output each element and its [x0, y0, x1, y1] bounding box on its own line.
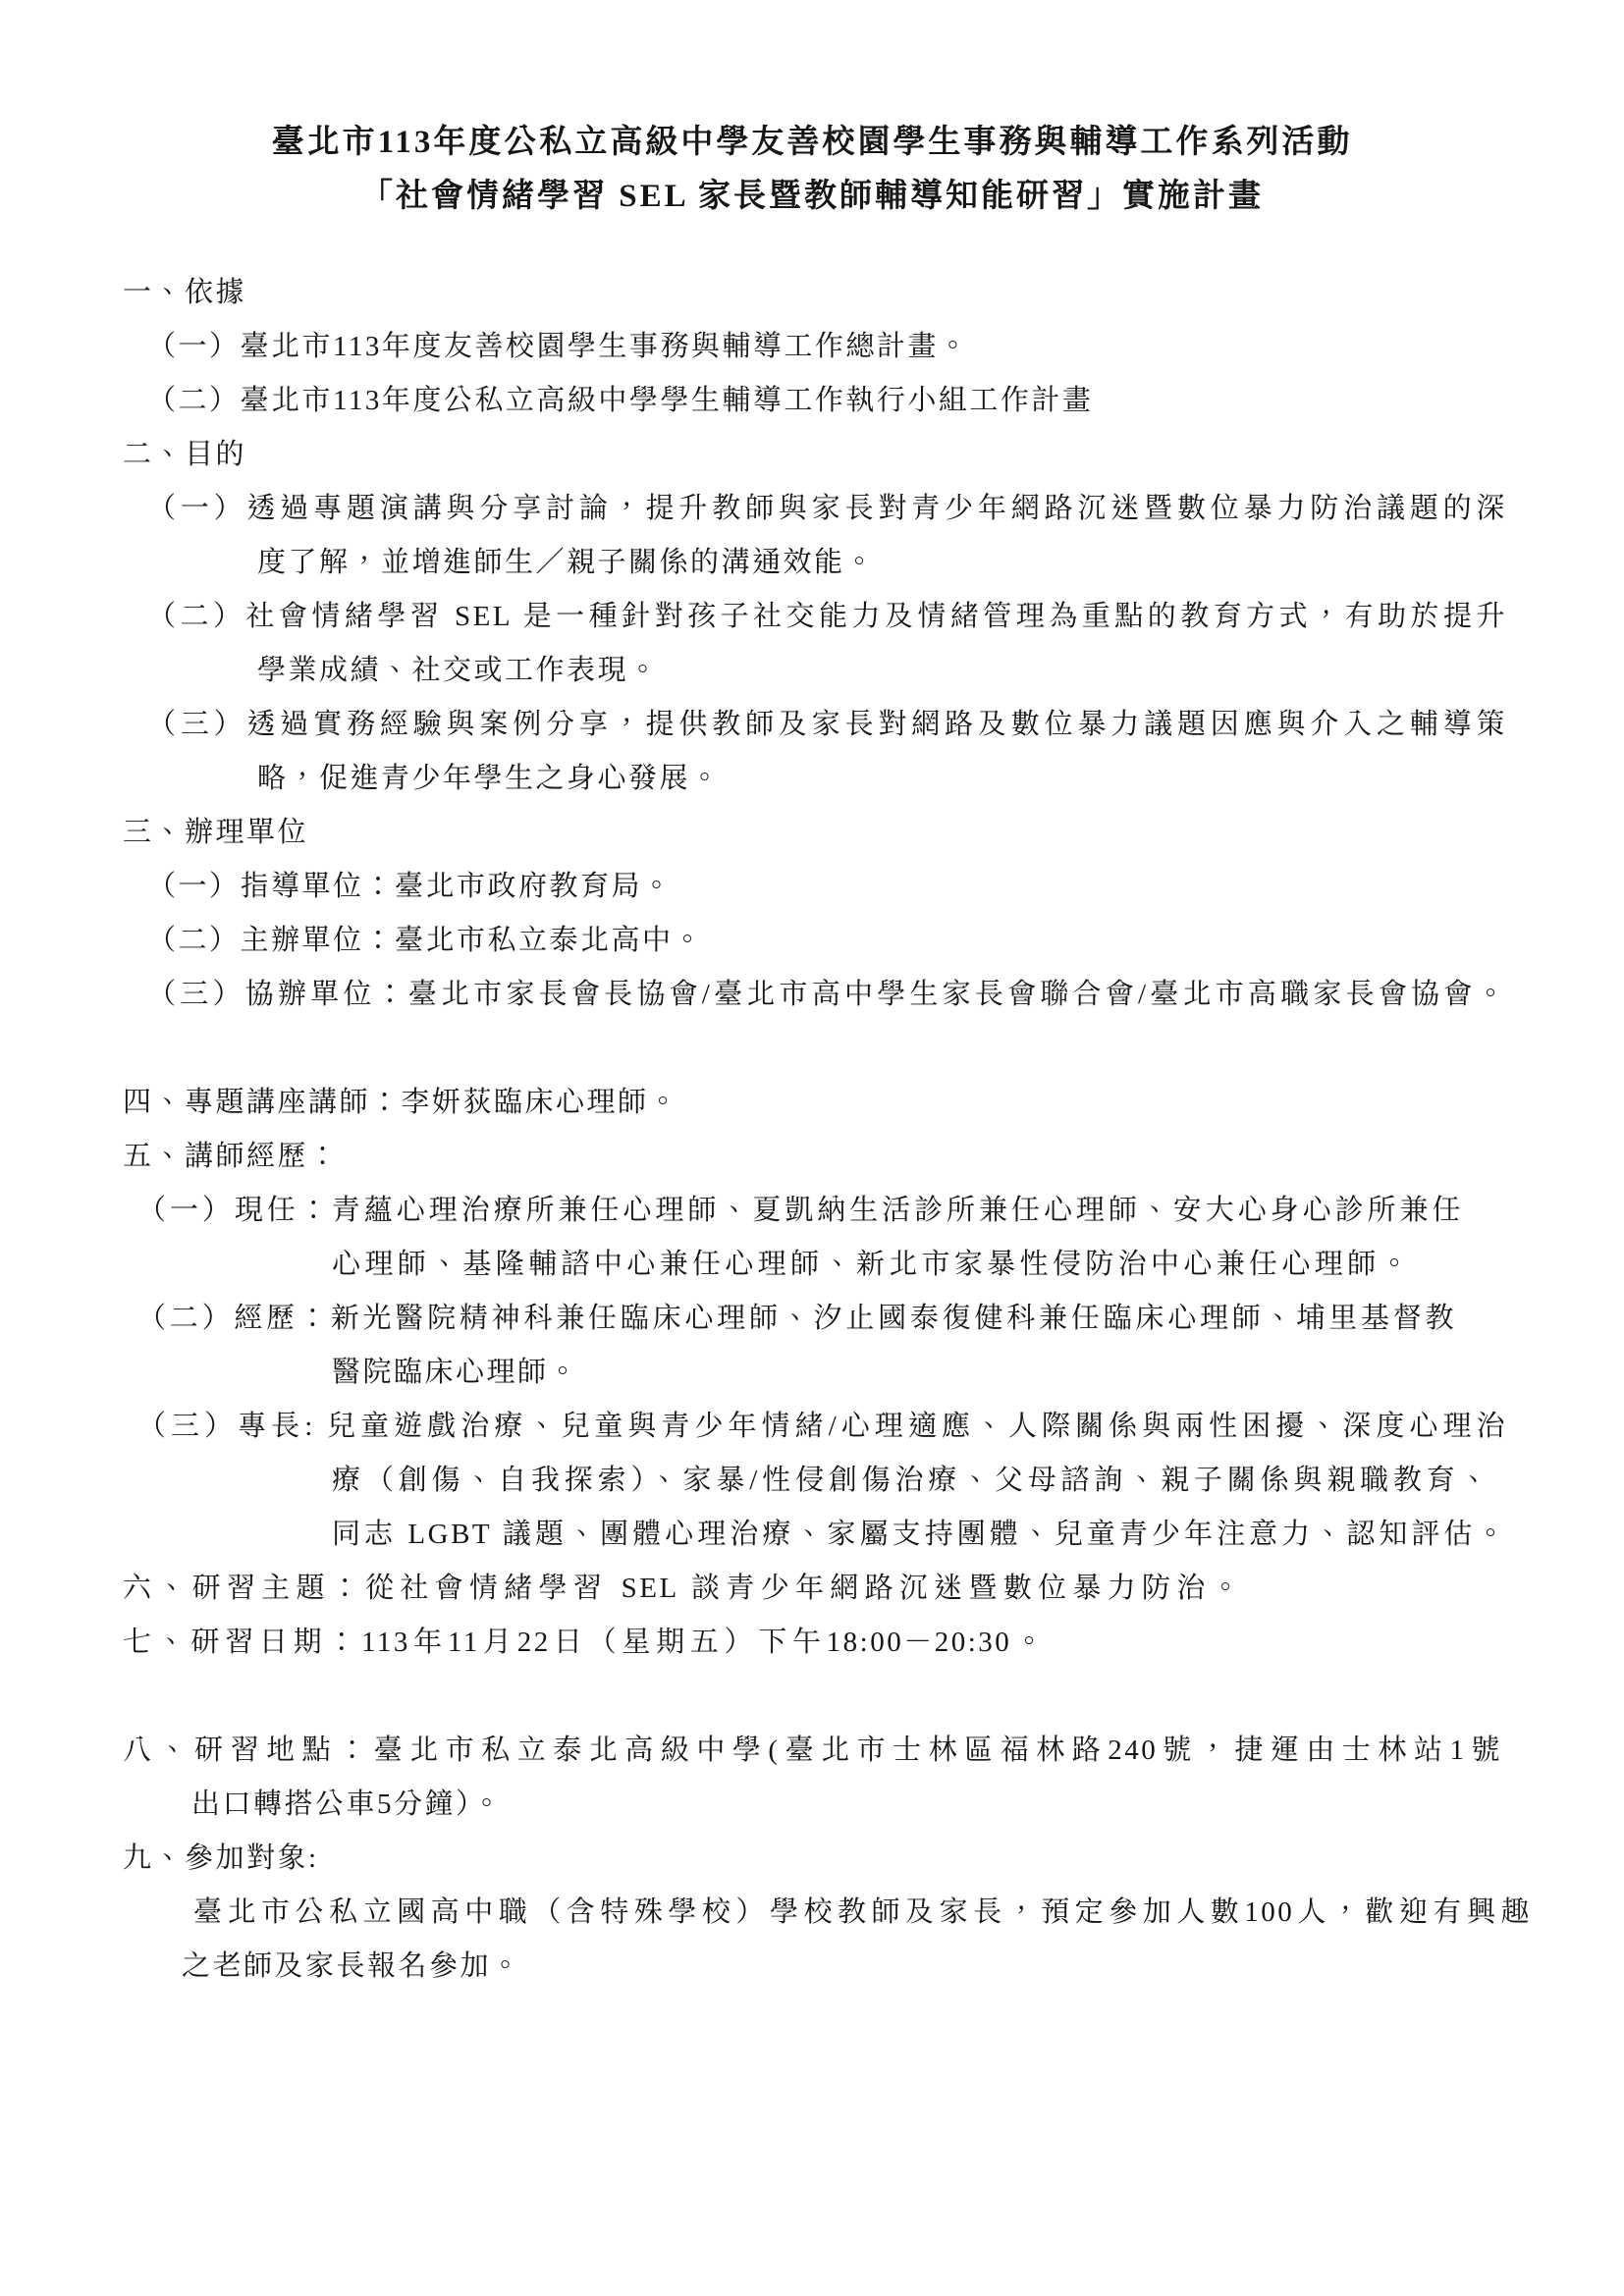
document-line: 四、專題講座講師：李妍荻臨床心理師。 — [123, 1076, 1509, 1130]
document-body: 一、依據（一）臺北市113年度友善校園學生事務與輔導工作總計畫。（二）臺北市11… — [123, 266, 1509, 1994]
document-line: 二、目的 — [123, 428, 1509, 482]
document-line: （三）專長: 兒童遊戲治療、兒童與青少年情緒/心理適應、人際關係與兩性困擾、深度… — [137, 1400, 1507, 1454]
document-line: 度了解，並增進師生／親子關係的溝通效能。 — [257, 536, 1509, 590]
document-line: 臺北市公私立國高中職（含特殊學校）學校教師及家長，預定參加人數100人，歡迎有興… — [193, 1886, 1532, 1940]
document-line: （一）臺北市113年度友善校園學生事務與輔導工作總計畫。 — [147, 320, 1509, 374]
document-line: （一）透過專題演講與分享討論，提升教師與家長對青少年網路沉迷暨數位暴力防治議題的… — [147, 482, 1507, 536]
document-line: 七、研習日期：113年11月22日（星期五）下午18:00－20:30。 — [123, 1616, 1046, 1670]
page-title: 臺北市113年度公私立高級中學友善校園學生事務與輔導工作系列活動 — [0, 116, 1624, 170]
document-line: 略，促進青少年學生之身心發展。 — [257, 752, 1509, 806]
document-line: 一、依據 — [123, 266, 1509, 320]
document-line: （二）臺北市113年度公私立高級中學學生輔導工作執行小組工作計畫 — [147, 374, 1509, 428]
document-line: 學業成績、社交或工作表現。 — [257, 644, 1509, 698]
document-line: 心理師、基隆輔諮中心兼任心理師、新北市家暴性侵防治中心兼任心理師。 — [332, 1238, 1411, 1292]
document-line: 八、研習地點：臺北市私立泰北高級中學(臺北市士林區福林路240號，捷運由士林站1… — [123, 1724, 1502, 1778]
blank-line — [123, 1022, 1509, 1076]
document-line: （二）經歷：新光醫院精神科兼任臨床心理師、汐止國泰復健科兼任臨床心理師、埔里基督… — [137, 1292, 1456, 1346]
document-line: 五、講師經歷： — [123, 1130, 1509, 1184]
document-line: 醫院臨床心理師。 — [332, 1346, 1509, 1400]
header-spacer — [0, 224, 1624, 266]
page-subtitle: 「社會情緒學習 SEL 家長暨教師輔導知能研習」實施計畫 — [0, 170, 1624, 224]
blank-line — [123, 1670, 1509, 1724]
document-line: 三、辦理單位 — [123, 806, 1509, 860]
document-line: （二）主辦單位：臺北市私立泰北高中。 — [147, 914, 1509, 968]
document-line: （三）協辦單位：臺北市家長會長協會/臺北市高中學生家長會聯合會/臺北市高職家長會… — [147, 968, 1507, 1022]
document-line: 之老師及家長報名參加。 — [182, 1940, 1509, 1994]
document-line: （一）指導單位：臺北市政府教育局。 — [147, 860, 1509, 914]
document-line: 療（創傷、自我探索）、家暴/性侵創傷治療、父母諮詢、親子關係與親職教育、 — [332, 1454, 1490, 1508]
document-line: 九、參加對象: — [123, 1832, 1509, 1886]
document-line: （二）社會情緒學習 SEL 是一種針對孩子社交能力及情緒管理為重點的教育方式，有… — [147, 590, 1507, 644]
document-line: 六、研習主題：從社會情緒學習 SEL 談青少年網路沉迷暨數位暴力防治。 — [123, 1562, 1242, 1616]
document-line: 出口轉搭公車5分鐘）。 — [191, 1778, 1509, 1832]
document-line: （一）現任：青蘊心理治療所兼任心理師、夏凱納生活診所兼任心理師、安大心身心診所兼… — [137, 1184, 1463, 1238]
document-line: 同志 LGBT 議題、團體心理治療、家屬支持團體、兒童青少年注意力、認知評估。 — [332, 1508, 1507, 1562]
document-line: （三）透過實務經驗與案例分享，提供教師及家長對網路及數位暴力議題因應與介入之輔導… — [147, 698, 1507, 752]
document-page: 臺北市113年度公私立高級中學友善校園學生事務與輔導工作系列活動 「社會情緒學習… — [0, 0, 1624, 2296]
